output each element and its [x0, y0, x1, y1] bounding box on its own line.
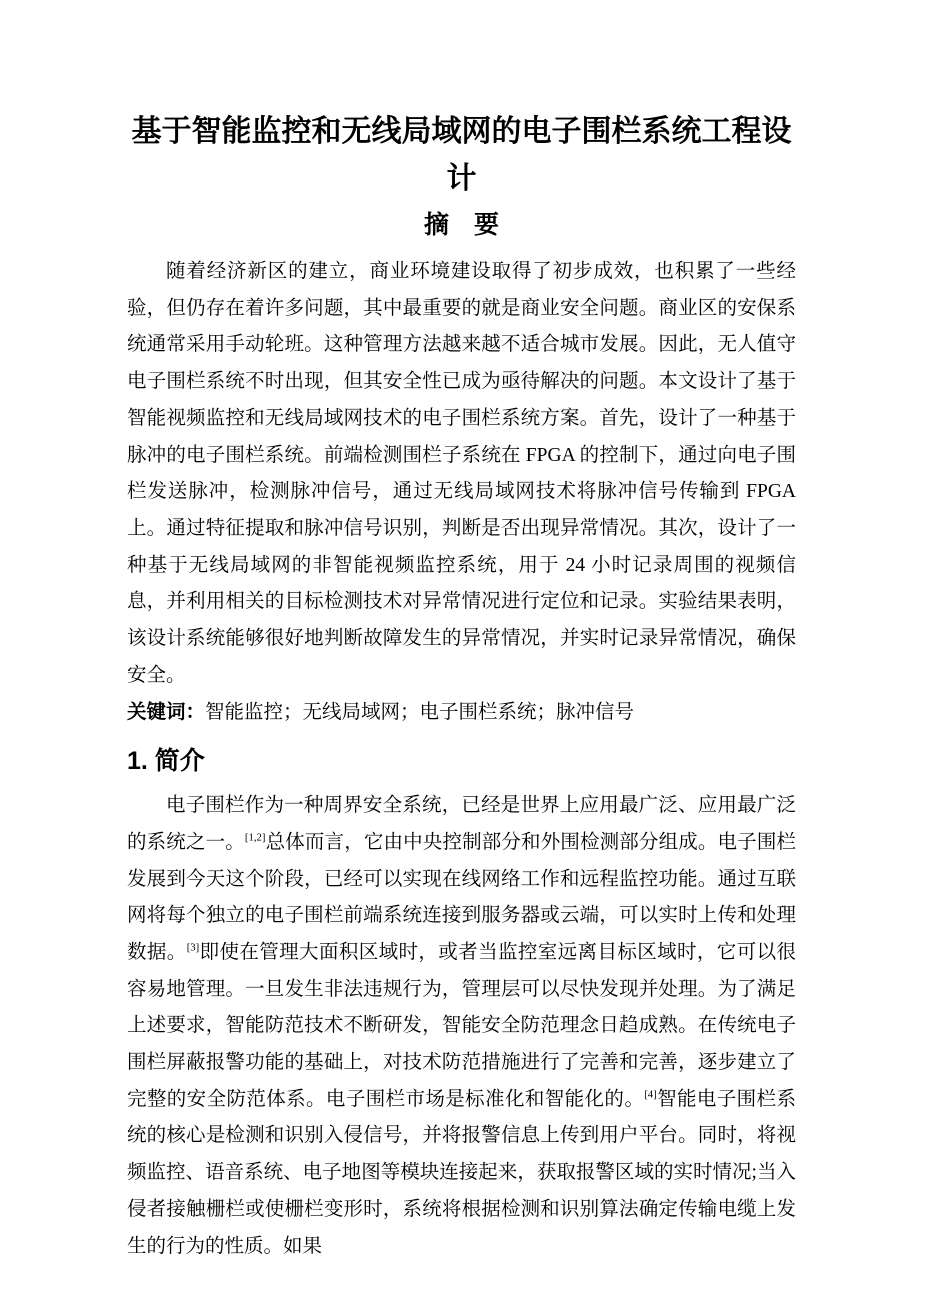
citation-reference: [1,2] — [245, 831, 266, 843]
abstract-paragraph: 随着经济新区的建立，商业环境建设取得了初步成效，也积累了一些经验，但仍存在着许多… — [127, 254, 796, 694]
citation-reference: [4] — [644, 1088, 657, 1100]
keywords-values: 智能监控；无线局域网；电子围栏系统；脉冲信号 — [205, 702, 634, 723]
keywords-line: 关键词：智能监控；无线局域网；电子围栏系统；脉冲信号 — [127, 694, 796, 732]
abstract-heading: 摘 要 — [127, 208, 796, 242]
document-page: 基于智能监控和无线局域网的电子围栏系统工程设计 摘 要 随着经济新区的建立，商业… — [0, 0, 926, 1309]
section-1-heading: 1. 简介 — [127, 746, 796, 776]
introduction-paragraph: 电子围栏作为一种周界安全系统，已经是世界上应用最广泛、应用最广泛的系统之一。[1… — [127, 788, 796, 1265]
citation-reference: [3] — [187, 941, 200, 953]
document-title: 基于智能监控和无线局域网的电子围栏系统工程设计 — [127, 108, 796, 202]
keywords-label: 关键词： — [127, 701, 205, 723]
